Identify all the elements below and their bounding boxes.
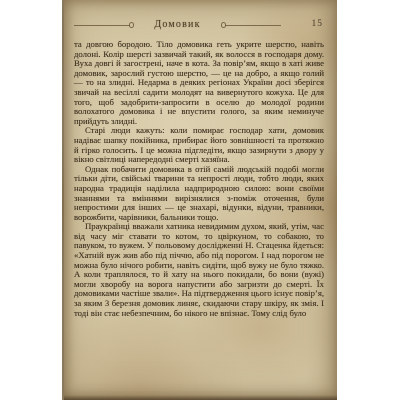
header-ornament-group: Домовик (74, 17, 281, 33)
header-rule-right-icon (225, 25, 281, 26)
header-rule-left-icon (74, 25, 130, 26)
page-body: та довгою бородою. Тіло домовика геть ук… (74, 40, 324, 318)
body-paragraph: Однак побачити домовика в отій самій люд… (74, 165, 324, 223)
screenshot-stage: Домовик 15 та довгою бородою. Тіло домов… (0, 0, 400, 400)
page-title: Домовик (144, 19, 210, 31)
page-bottom-shadow (64, 395, 337, 400)
body-paragraph: та довгою бородою. Тіло домовика геть ук… (74, 40, 324, 126)
header-ring-left-icon (129, 22, 135, 28)
body-paragraph: Старі люди кажуть: коли помирає господар… (74, 126, 324, 164)
page-number: 15 (312, 19, 324, 29)
body-paragraph: Праукраїнці вважали хатника невидимим ду… (74, 222, 324, 318)
scanned-book-page: Домовик 15 та довгою бородою. Тіло домов… (62, 0, 337, 400)
page-header: Домовик 15 (74, 17, 327, 33)
